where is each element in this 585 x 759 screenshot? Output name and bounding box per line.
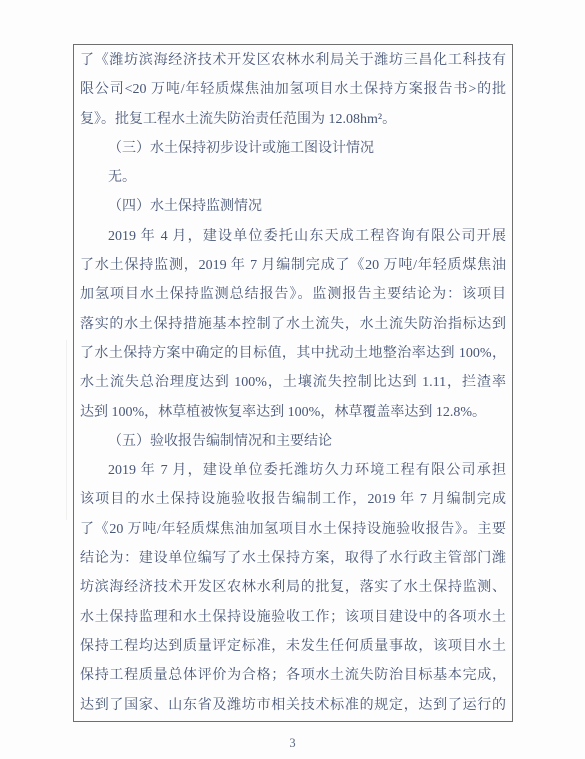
text-line: 复》。批复工程水土流失防治责任范围为 12.08hm²。: [80, 105, 506, 134]
text-line: （四）水土保持监测情况: [80, 192, 506, 221]
text-line: （五）验收报告编制情况和主要结论: [80, 427, 506, 456]
text-line: 2019 年 7 月，建设单位委托潍坊久力环境工程有限公司承担: [80, 456, 506, 485]
text-line: 保持工程均达到质量评定标准，未发生任何质量事故，该项目水土: [80, 632, 506, 661]
text-line: 了水土保持监测，2019 年 7 月编制完成了《20 万吨/年轻质煤焦油: [80, 251, 506, 280]
scan-artifact-line: [66, 340, 67, 520]
text-line: 落实的水土保持措施基本控制了水土流失，水土流失防治指标达到: [80, 310, 506, 339]
text-line: 结论为：建设单位编写了水土保持方案，取得了水行政主管部门潍: [80, 544, 506, 573]
text-line: 了《潍坊滨海经济技术开发区农林水利局关于潍坊三昌化工科技有: [80, 46, 506, 75]
text-line: 了水土保持方案中确定的目标值，其中扰动土地整治率达到 100%，: [80, 339, 506, 368]
text-line: 了《20 万吨/年轻质煤焦油加氢项目水土保持设施验收报告》。主要: [80, 515, 506, 544]
text-line: 达到了国家、山东省及潍坊市相关技术标准的规定，达到了运行的: [80, 691, 506, 720]
document-page: 了《潍坊滨海经济技术开发区农林水利局关于潍坊三昌化工科技有限公司<20 万吨/年…: [0, 0, 585, 759]
text-line: 水土流失总治理度达到 100%，土壤流失控制比达到 1.11，拦渣率: [80, 368, 506, 397]
text-line: 无。: [80, 163, 506, 192]
text-line: 坊滨海经济技术开发区农林水利局的批复，落实了水土保持监测、: [80, 573, 506, 602]
text-line: （三）水土保持初步设计或施工图设计情况: [80, 134, 506, 163]
text-line: 该项目的水土保持设施验收报告编制工作，2019 年 7 月编制完成: [80, 485, 506, 514]
text-line: 保持工程质量总体评价为合格；各项水土流失防治目标基本完成，: [80, 661, 506, 690]
page-number: 3: [0, 736, 585, 751]
text-line: 水土保持监理和水土保持设施验收工作；该项目建设中的各项水土: [80, 603, 506, 632]
document-frame: 了《潍坊滨海经济技术开发区农林水利局关于潍坊三昌化工科技有限公司<20 万吨/年…: [73, 44, 513, 722]
text-line: 2019 年 4 月，建设单位委托山东天成工程咨询有限公司开展: [80, 222, 506, 251]
text-line: 加氢项目水土保持监测总结报告》。监测报告主要结论为：该项目: [80, 280, 506, 309]
text-line: 限公司<20 万吨/年轻质煤焦油加氢项目水土保持方案报告书>的批: [80, 75, 506, 104]
text-line: 达到 100%，林草植被恢复率达到 100%，林草覆盖率达到 12.8%。: [80, 398, 506, 427]
